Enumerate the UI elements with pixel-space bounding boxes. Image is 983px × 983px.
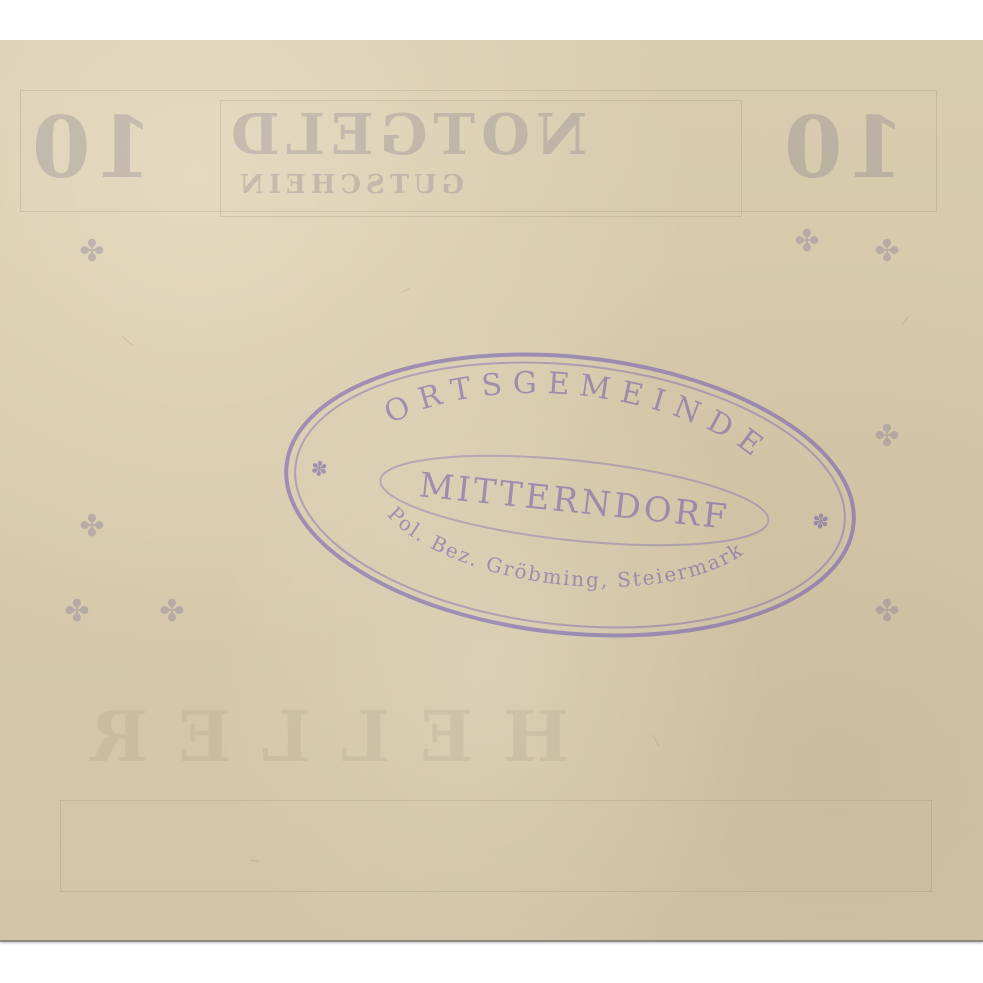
ornament-icon: ✤: [870, 235, 904, 269]
bleed-through-subtitle: GUTSCHEIN: [235, 170, 464, 200]
paper-fiber: [902, 316, 910, 325]
ornament-icon: ✤: [60, 595, 94, 629]
ornament-icon: ✤: [790, 225, 824, 259]
bleed-through-bottom-text: HELLER: [60, 695, 569, 778]
paper-fiber: [653, 735, 660, 746]
ornament-icon: ✤: [870, 420, 904, 454]
ornament-icon: ✤: [75, 235, 109, 269]
ornament-icon: ✤: [870, 595, 904, 629]
bleed-through-title: NOTGELD: [225, 102, 587, 168]
bleed-through-value-left: 10: [28, 98, 153, 197]
scan-background: 10 10 NOTGELD GUTSCHEIN HELLER ✤ ✤ ✤ ✤ ✤…: [0, 0, 983, 983]
paper-fiber: [400, 288, 409, 294]
stamp-graphic: ORTSGEMEINDE MITTERNDORF Pol. Bez. Gröbm…: [266, 320, 873, 669]
stamp-ornament-left-icon: ✽: [310, 456, 329, 482]
ornament-icon: ✤: [75, 510, 109, 544]
stamp-center-text: MITTERNDORF: [417, 465, 731, 537]
municipal-stamp: ORTSGEMEINDE MITTERNDORF Pol. Bez. Gröbm…: [266, 320, 873, 669]
ornament-icon: ✤: [155, 595, 189, 629]
bleed-through-value-right: 10: [780, 98, 905, 197]
stamp-ornament-right-icon: ✽: [811, 509, 830, 535]
paper-fiber: [121, 336, 132, 346]
bleed-through-footer-frame: [60, 800, 932, 892]
paper-note: 10 10 NOTGELD GUTSCHEIN HELLER ✤ ✤ ✤ ✤ ✤…: [0, 40, 983, 940]
